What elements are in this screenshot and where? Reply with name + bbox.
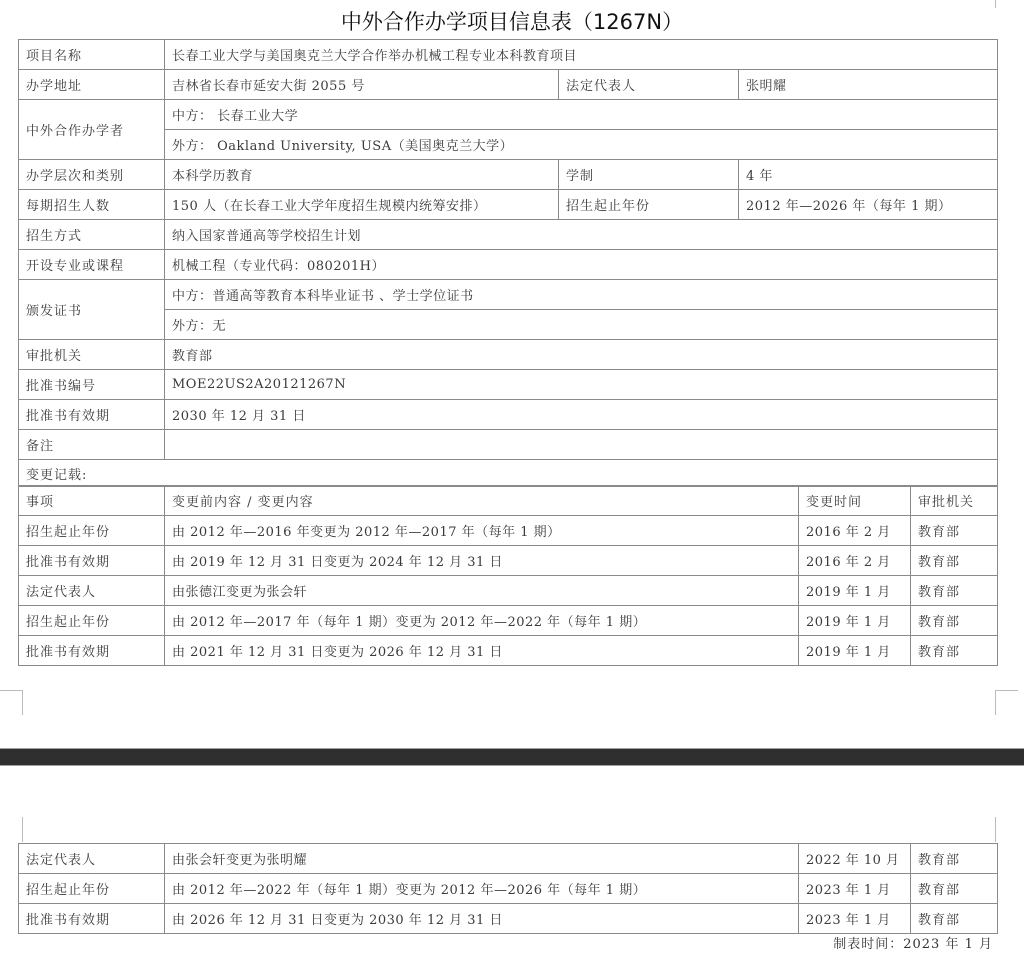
change-item: 批准书有效期 xyxy=(19,636,165,666)
change-date: 2022 年 10 月 xyxy=(799,844,911,874)
crop-mark xyxy=(995,817,1018,842)
authority-value: 教育部 xyxy=(165,340,998,370)
change-date: 2019 年 1 月 xyxy=(799,576,911,606)
table-row: 每期招生人数 150 人（在长春工业大学年度招生规模内统筹安排） 招生起止年份 … xyxy=(19,190,998,220)
crop-mark xyxy=(995,0,1018,8)
change-authority: 教育部 xyxy=(911,874,998,904)
change-content: 由张德江变更为张会轩 xyxy=(165,576,799,606)
table-row: 批准书编号 MOE22US2A20121267N xyxy=(19,370,998,400)
enrollment-label: 每期招生人数 xyxy=(19,190,165,220)
change-authority: 教育部 xyxy=(911,516,998,546)
project-name-value: 长春工业大学与美国奥克兰大学合作举办机械工程专业本科教育项目 xyxy=(165,40,998,70)
change-item: 招生起止年份 xyxy=(19,606,165,636)
crop-mark xyxy=(995,690,1018,715)
table-row: 中外合作办学者 中方： 长春工业大学 xyxy=(19,100,998,130)
authority-label: 审批机关 xyxy=(19,340,165,370)
chinese-partner: 中方： 长春工业大学 xyxy=(165,100,998,130)
crop-mark xyxy=(0,817,23,842)
table-row: 办学地址 吉林省长春市延安大街 2055 号 法定代表人 张明耀 xyxy=(19,70,998,100)
enrollment-years-value: 2012 年—2026 年（每年 1 期） xyxy=(739,190,998,220)
major-label: 开设专业或课程 xyxy=(19,250,165,280)
enrollment-years-label: 招生起止年份 xyxy=(559,190,739,220)
change-item: 批准书有效期 xyxy=(19,904,165,934)
duration-label: 学制 xyxy=(559,160,739,190)
partners-label: 中外合作办学者 xyxy=(19,100,165,160)
table-row: 批准书有效期 由 2019 年 12 月 31 日变更为 2024 年 12 月… xyxy=(19,546,998,576)
approval-no-value: MOE22US2A20121267N xyxy=(165,370,998,400)
project-name-label: 项目名称 xyxy=(19,40,165,70)
table-made-time: 制表时间：2023 年 1 月 xyxy=(833,933,993,952)
enrollment-value: 150 人（在长春工业大学年度招生规模内统筹安排） xyxy=(165,190,559,220)
change-date: 2023 年 1 月 xyxy=(799,904,911,934)
changes-section-label: 变更记载: xyxy=(19,460,998,487)
change-date: 2019 年 1 月 xyxy=(799,606,911,636)
table-row: 开设专业或课程 机械工程（专业代码：080201H） xyxy=(19,250,998,280)
address-value: 吉林省长春市延安大街 2055 号 xyxy=(165,70,559,100)
address-label: 办学地址 xyxy=(19,70,165,100)
legal-rep-label: 法定代表人 xyxy=(559,70,739,100)
table-row: 外方： Oakland University, USA（美国奥克兰大学） xyxy=(19,130,998,160)
page-break-separator xyxy=(0,748,1024,766)
approval-no-label: 批准书编号 xyxy=(19,370,165,400)
change-item: 法定代表人 xyxy=(19,576,165,606)
change-item: 批准书有效期 xyxy=(19,546,165,576)
foreign-certificate: 外方：无 xyxy=(165,310,998,340)
change-date: 2019 年 1 月 xyxy=(799,636,911,666)
header-content: 变更前内容 / 变更内容 xyxy=(165,486,799,516)
changes-table: 事项 变更前内容 / 变更内容 变更时间 审批机关 招生起止年份 由 2012 … xyxy=(18,485,998,666)
change-authority: 教育部 xyxy=(911,904,998,934)
header-authority: 审批机关 xyxy=(911,486,998,516)
change-content: 由 2012 年—2022 年（每年 1 期）变更为 2012 年—2026 年… xyxy=(165,874,799,904)
table-row: 外方：无 xyxy=(19,310,998,340)
change-content: 由 2026 年 12 月 31 日变更为 2030 年 12 月 31 日 xyxy=(165,904,799,934)
level-value: 本科学历教育 xyxy=(165,160,559,190)
certificates-label: 颁发证书 xyxy=(19,280,165,340)
header-date: 变更时间 xyxy=(799,486,911,516)
legal-rep-value: 张明耀 xyxy=(739,70,998,100)
remarks-value xyxy=(165,430,998,460)
table-row: 变更记载: xyxy=(19,460,998,487)
change-date: 2016 年 2 月 xyxy=(799,546,911,576)
table-row: 颁发证书 中方：普通高等教育本科毕业证书 、学士学位证书 xyxy=(19,280,998,310)
remarks-label: 备注 xyxy=(19,430,165,460)
info-table: 项目名称 长春工业大学与美国奥克兰大学合作举办机械工程专业本科教育项目 办学地址… xyxy=(18,39,998,487)
table-row: 项目名称 长春工业大学与美国奥克兰大学合作举办机械工程专业本科教育项目 xyxy=(19,40,998,70)
change-item: 招生起止年份 xyxy=(19,516,165,546)
change-content: 由 2021 年 12 月 31 日变更为 2026 年 12 月 31 日 xyxy=(165,636,799,666)
major-value: 机械工程（专业代码：080201H） xyxy=(165,250,998,280)
change-item: 法定代表人 xyxy=(19,844,165,874)
table-row: 批准书有效期 由 2026 年 12 月 31 日变更为 2030 年 12 月… xyxy=(19,904,998,934)
foreign-partner: 外方： Oakland University, USA（美国奥克兰大学） xyxy=(165,130,998,160)
change-authority: 教育部 xyxy=(911,606,998,636)
table-row: 备注 xyxy=(19,430,998,460)
chinese-certificate: 中方：普通高等教育本科毕业证书 、学士学位证书 xyxy=(165,280,998,310)
level-label: 办学层次和类别 xyxy=(19,160,165,190)
document-title: 中外合作办学项目信息表（1267N） xyxy=(0,6,1024,36)
change-date: 2016 年 2 月 xyxy=(799,516,911,546)
change-date: 2023 年 1 月 xyxy=(799,874,911,904)
table-row: 办学层次和类别 本科学历教育 学制 4 年 xyxy=(19,160,998,190)
table-row: 招生方式 纳入国家普通高等学校招生计划 xyxy=(19,220,998,250)
table-row: 批准书有效期 由 2021 年 12 月 31 日变更为 2026 年 12 月… xyxy=(19,636,998,666)
table-header-row: 事项 变更前内容 / 变更内容 变更时间 审批机关 xyxy=(19,486,998,516)
header-item: 事项 xyxy=(19,486,165,516)
table-row: 招生起止年份 由 2012 年—2022 年（每年 1 期）变更为 2012 年… xyxy=(19,874,998,904)
change-authority: 教育部 xyxy=(911,844,998,874)
change-item: 招生起止年份 xyxy=(19,874,165,904)
validity-label: 批准书有效期 xyxy=(19,400,165,430)
table-row: 法定代表人 由张德江变更为张会轩 2019 年 1 月 教育部 xyxy=(19,576,998,606)
method-value: 纳入国家普通高等学校招生计划 xyxy=(165,220,998,250)
changes-table-continued: 法定代表人 由张会轩变更为张明耀 2022 年 10 月 教育部 招生起止年份 … xyxy=(18,843,998,934)
change-content: 由张会轩变更为张明耀 xyxy=(165,844,799,874)
table-row: 法定代表人 由张会轩变更为张明耀 2022 年 10 月 教育部 xyxy=(19,844,998,874)
duration-value: 4 年 xyxy=(739,160,998,190)
table-row: 批准书有效期 2030 年 12 月 31 日 xyxy=(19,400,998,430)
change-content: 由 2012 年—2017 年（每年 1 期）变更为 2012 年—2022 年… xyxy=(165,606,799,636)
method-label: 招生方式 xyxy=(19,220,165,250)
change-authority: 教育部 xyxy=(911,546,998,576)
crop-mark xyxy=(0,690,23,715)
change-content: 由 2019 年 12 月 31 日变更为 2024 年 12 月 31 日 xyxy=(165,546,799,576)
table-row: 招生起止年份 由 2012 年—2017 年（每年 1 期）变更为 2012 年… xyxy=(19,606,998,636)
validity-value: 2030 年 12 月 31 日 xyxy=(165,400,998,430)
change-authority: 教育部 xyxy=(911,636,998,666)
change-authority: 教育部 xyxy=(911,576,998,606)
table-row: 招生起止年份 由 2012 年—2016 年变更为 2012 年—2017 年（… xyxy=(19,516,998,546)
table-row: 审批机关 教育部 xyxy=(19,340,998,370)
change-content: 由 2012 年—2016 年变更为 2012 年—2017 年（每年 1 期） xyxy=(165,516,799,546)
